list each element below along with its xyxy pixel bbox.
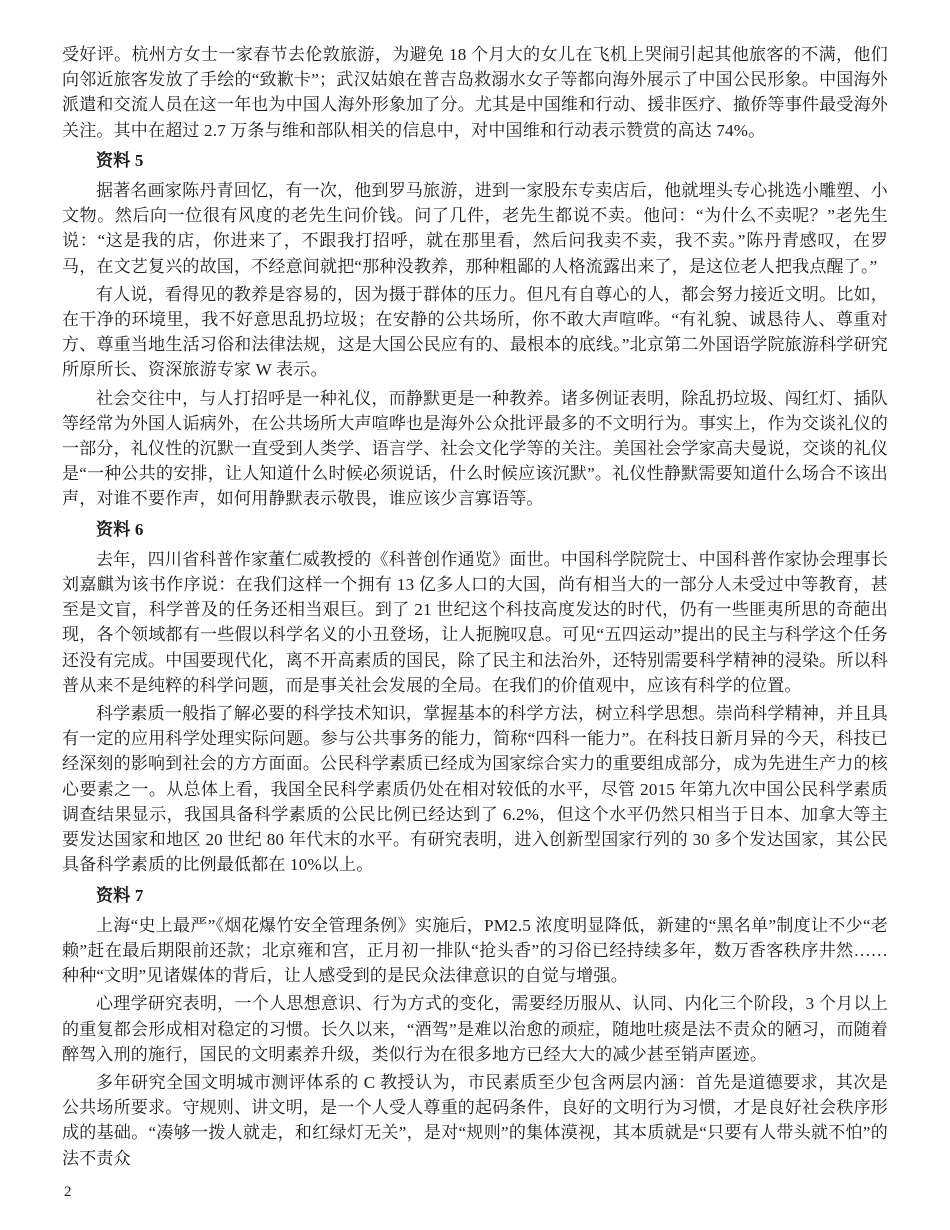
section-heading: 资料 7 xyxy=(62,883,888,908)
paragraph: 去年，四川省科普作家董仁威教授的《科普创作通览》面世。中国科学院院士、中国科普作… xyxy=(62,547,888,698)
document-content: 受好评。杭州方女士一家春节去伦敦旅游，为避免 18 个月大的女儿在飞机上哭闹引起… xyxy=(62,42,888,1174)
paragraph: 心理学研究表明，一个人思想意识、行为方式的变化，需要经历服从、认同、内化三个阶段… xyxy=(62,991,888,1067)
page-number: 2 xyxy=(64,1182,72,1202)
paragraph: 多年研究全国文明城市测评体系的 C 教授认为，市民素质至少包含两层内涵：首先是道… xyxy=(62,1070,888,1171)
paragraph: 科学素质一般指了解必要的科学技术知识，掌握基本的科学方法，树立科学思想。崇尚科学… xyxy=(62,701,888,877)
paragraph: 上海“史上最严”《烟花爆竹安全管理条例》实施后，PM2.5 浓度明显降低，新建的… xyxy=(62,913,888,989)
section-heading: 资料 5 xyxy=(62,148,888,173)
paragraph: 受好评。杭州方女士一家春节去伦敦旅游，为避免 18 个月大的女儿在飞机上哭闹引起… xyxy=(62,42,888,143)
paragraph: 社会交往中，与人打招呼是一种礼仪，而静默更是一种教养。诸多例证表明，除乱扔垃圾、… xyxy=(62,386,888,512)
paragraph: 据著名画家陈丹青回忆，有一次，他到罗马旅游，进到一家股东专卖店后，他就埋头专心挑… xyxy=(62,178,888,279)
section-heading: 资料 6 xyxy=(62,517,888,542)
paragraph: 有人说，看得见的教养是容易的，因为摄于群体的压力。但凡有自尊心的人，都会努力接近… xyxy=(62,282,888,383)
